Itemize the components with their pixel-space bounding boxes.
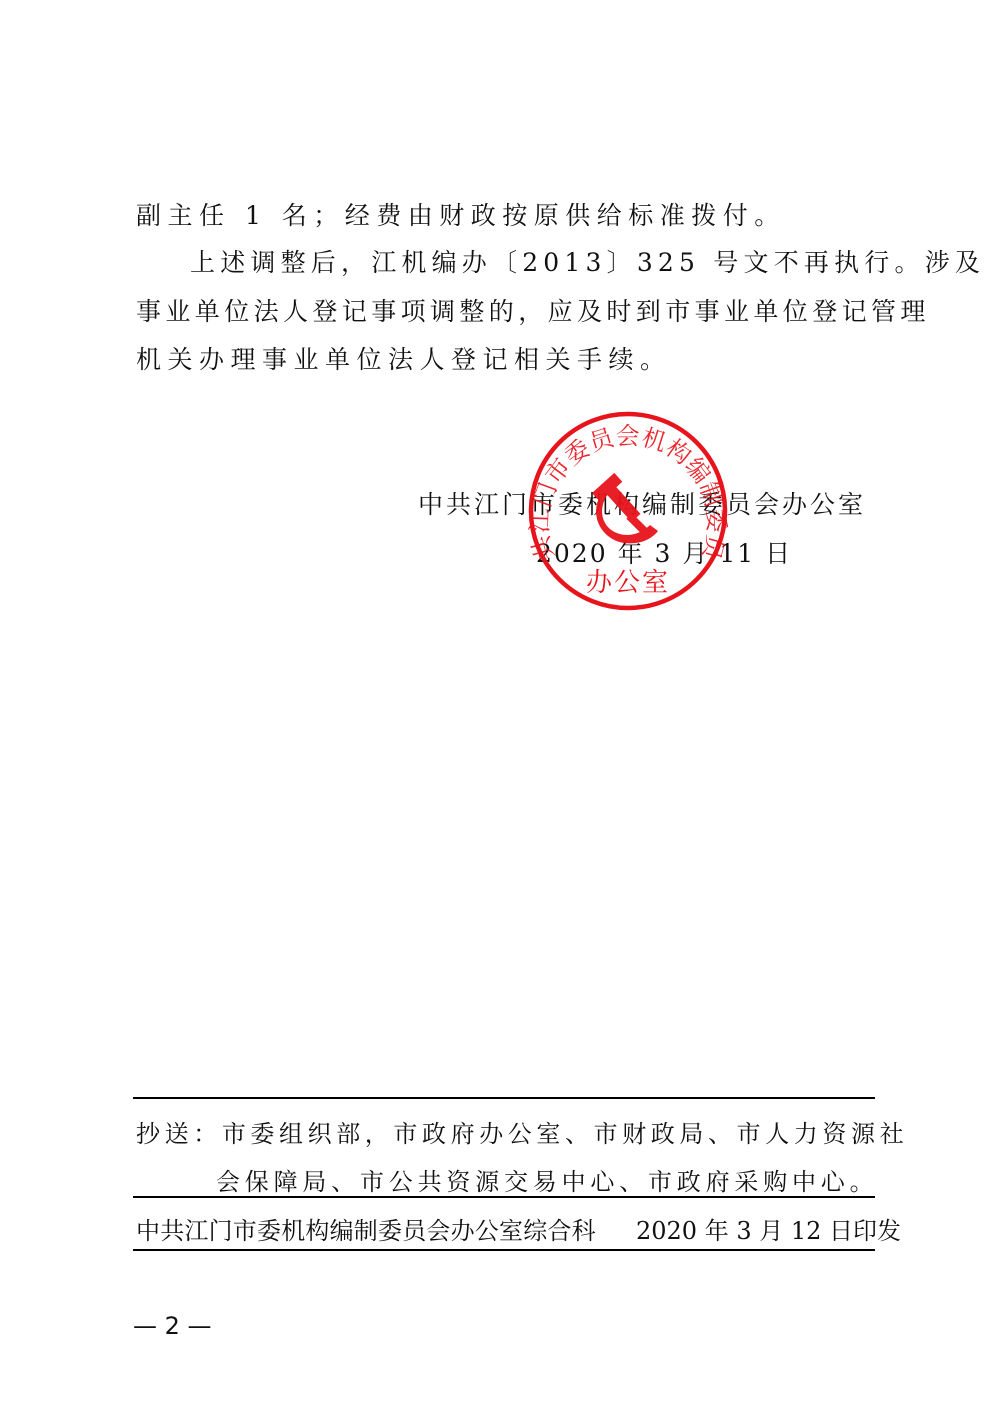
issue-date: 2020 年 3 月 12 日印发: [636, 1211, 901, 1246]
footer-bottom-rule: [133, 1249, 875, 1251]
cc-label: 抄送：: [136, 1120, 222, 1148]
issuer: 中共江门市委机构编制委员会办公室综合科: [136, 1211, 596, 1246]
official-seal-icon: 中共江门市委员会机构编制委员会 办公室: [526, 409, 730, 613]
paragraph-line-2: 上述调整后，江机编办〔2013〕325 号文不再执行。涉及: [190, 243, 985, 279]
paragraph-line-4: 机关办理事业单位法人登记相关手续。: [136, 340, 672, 376]
cc-recipients-1: 市委组织部，市政府办公室、市财政局、市人力资源社: [222, 1120, 908, 1148]
cc-line-2: 会保障局、市公共资源交易中心、市政府采购中心。: [216, 1162, 878, 1197]
cc-line-1: 抄送：市委组织部，市政府办公室、市财政局、市人力资源社: [136, 1114, 908, 1149]
paragraph-line-3: 事业单位法人登记事项调整的，应及时到市事业单位登记管理: [136, 292, 930, 328]
paragraph-line-1: 副主任 1 名；经费由财政按原供给标准拨付。: [136, 196, 786, 232]
footer-middle-rule: [133, 1196, 875, 1198]
page-number: — 2 —: [133, 1312, 212, 1340]
footer-top-rule: [133, 1097, 875, 1099]
seal-center-text: 办公室: [586, 568, 670, 598]
hammer-sickle-icon: [592, 473, 658, 544]
